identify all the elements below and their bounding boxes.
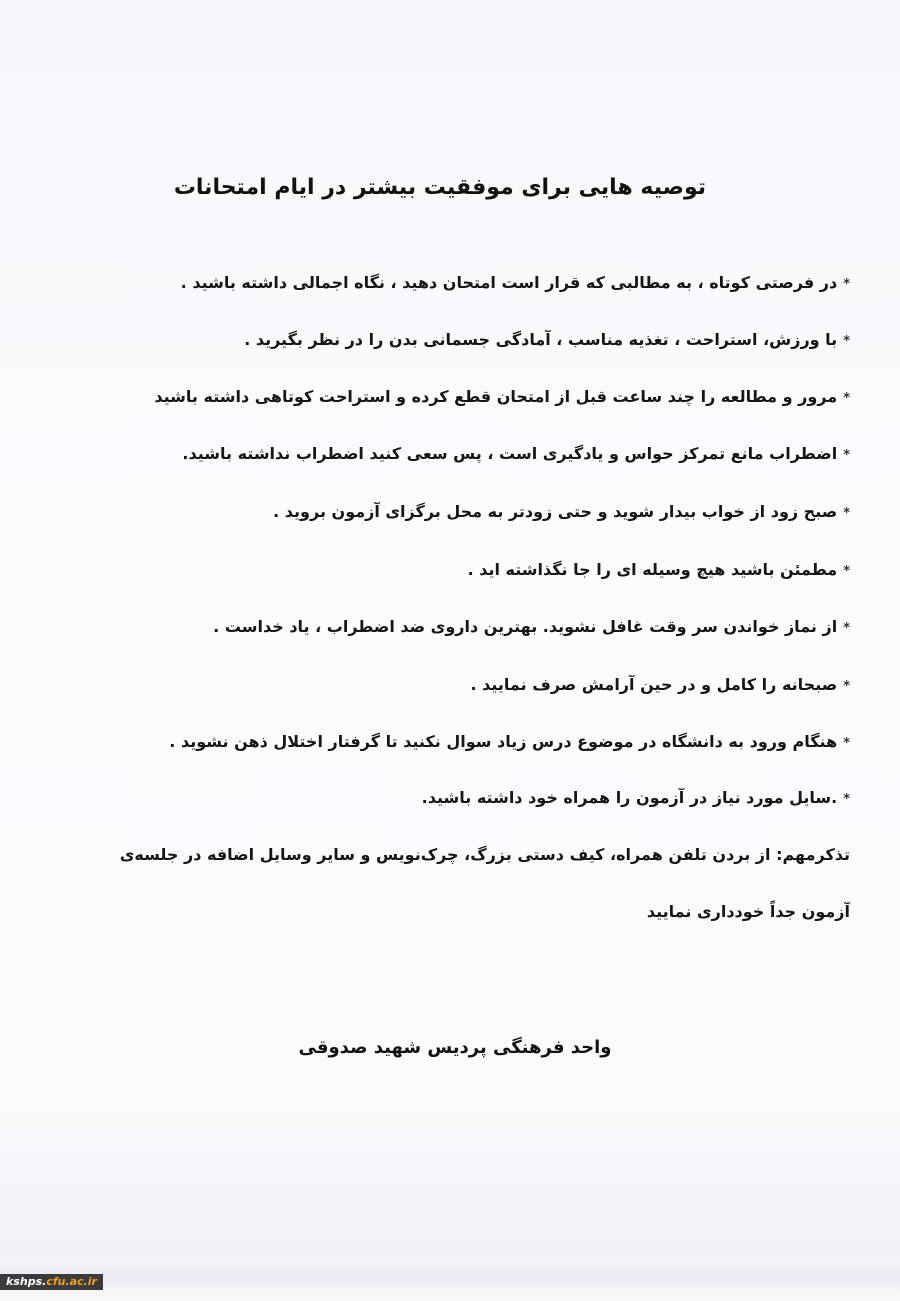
document-title: توصیه هایی برای موفقیت بیشتر در ایام امت… [180,168,706,208]
tip-text: در فرصتی کوتاه ، به مطالبی که قرار است ا… [181,273,838,292]
bullet-asterisk-icon: * [843,506,850,521]
tip-item-6: *مطمئن باشید هیچ وسیله ای را جا نگذاشته … [468,555,850,587]
tip-text: صبح زود از خواب بیدار شوید و حتی زودتر ب… [273,502,837,521]
tip-text: .سایل مورد نیاز در آزمون را همراه خود دا… [422,788,838,807]
tip-item-3: *مرور و مطالعه را چند ساعت قبل از امتحان… [154,382,850,414]
bullet-asterisk-icon: * [843,792,850,807]
tip-text: مطمئن باشید هیچ وسیله ای را جا نگذاشته ا… [468,560,838,579]
bullet-asterisk-icon: * [843,448,850,463]
bullet-asterisk-icon: * [843,564,850,579]
tip-text: با ورزش، استراحت ، تغذیه مناسب ، آمادگی … [244,330,837,349]
important-note-line-1: تذکرمهم: از بردن تلفن همراه، کیف دستی بز… [120,840,850,870]
tip-item-9: *هنگام ورود به دانشگاه در موضوع درس زیاد… [169,727,850,759]
bullet-asterisk-icon: * [843,679,850,694]
bullet-asterisk-icon: * [843,334,850,349]
tip-text: از نماز خواندن سر وقت غافل نشوید. بهترین… [213,617,837,636]
site-watermark: kshps.cfu.ac.ir [0,1274,103,1290]
watermark-domain: cfu.ac.ir [46,1275,97,1288]
signature-cultural-unit: واحد فرهنگی پردیس شهید صدوقی [290,1032,620,1064]
tip-text: مرور و مطالعه را چند ساعت قبل از امتحان … [154,387,837,406]
tip-item-7: *از نماز خواندن سر وقت غافل نشوید. بهتری… [213,612,850,644]
tip-item-2: *با ورزش، استراحت ، تغذیه مناسب ، آمادگی… [244,325,850,357]
important-note-line-2: آزمون جداً خودداری نمایید [647,897,850,927]
tip-item-10: *.سایل مورد نیاز در آزمون را همراه خود د… [422,783,850,815]
watermark-prefix: kshps. [6,1275,46,1288]
bullet-asterisk-icon: * [843,391,850,406]
bullet-asterisk-icon: * [843,736,850,751]
tip-item-1: *در فرصتی کوتاه ، به مطالبی که قرار است … [181,268,850,300]
tip-text: هنگام ورود به دانشگاه در موضوع درس زیاد … [169,732,837,751]
tip-item-4: *اضطراب مانع تمرکز حواس و یادگیری است ، … [182,439,850,471]
scan-edge-shadow [0,1262,900,1292]
bullet-asterisk-icon: * [843,621,850,636]
tip-text: صبحانه را کامل و در حین آرامش صرف نمایید… [470,675,837,694]
tip-text: اضطراب مانع تمرکز حواس و یادگیری است ، پ… [182,444,837,463]
tip-item-5: *صبح زود از خواب بیدار شوید و حتی زودتر … [273,497,850,529]
bullet-asterisk-icon: * [843,277,850,292]
tip-item-8: *صبحانه را کامل و در حین آرامش صرف نمایی… [470,670,850,702]
scanned-page: توصیه هایی برای موفقیت بیشتر در ایام امت… [0,0,900,1301]
